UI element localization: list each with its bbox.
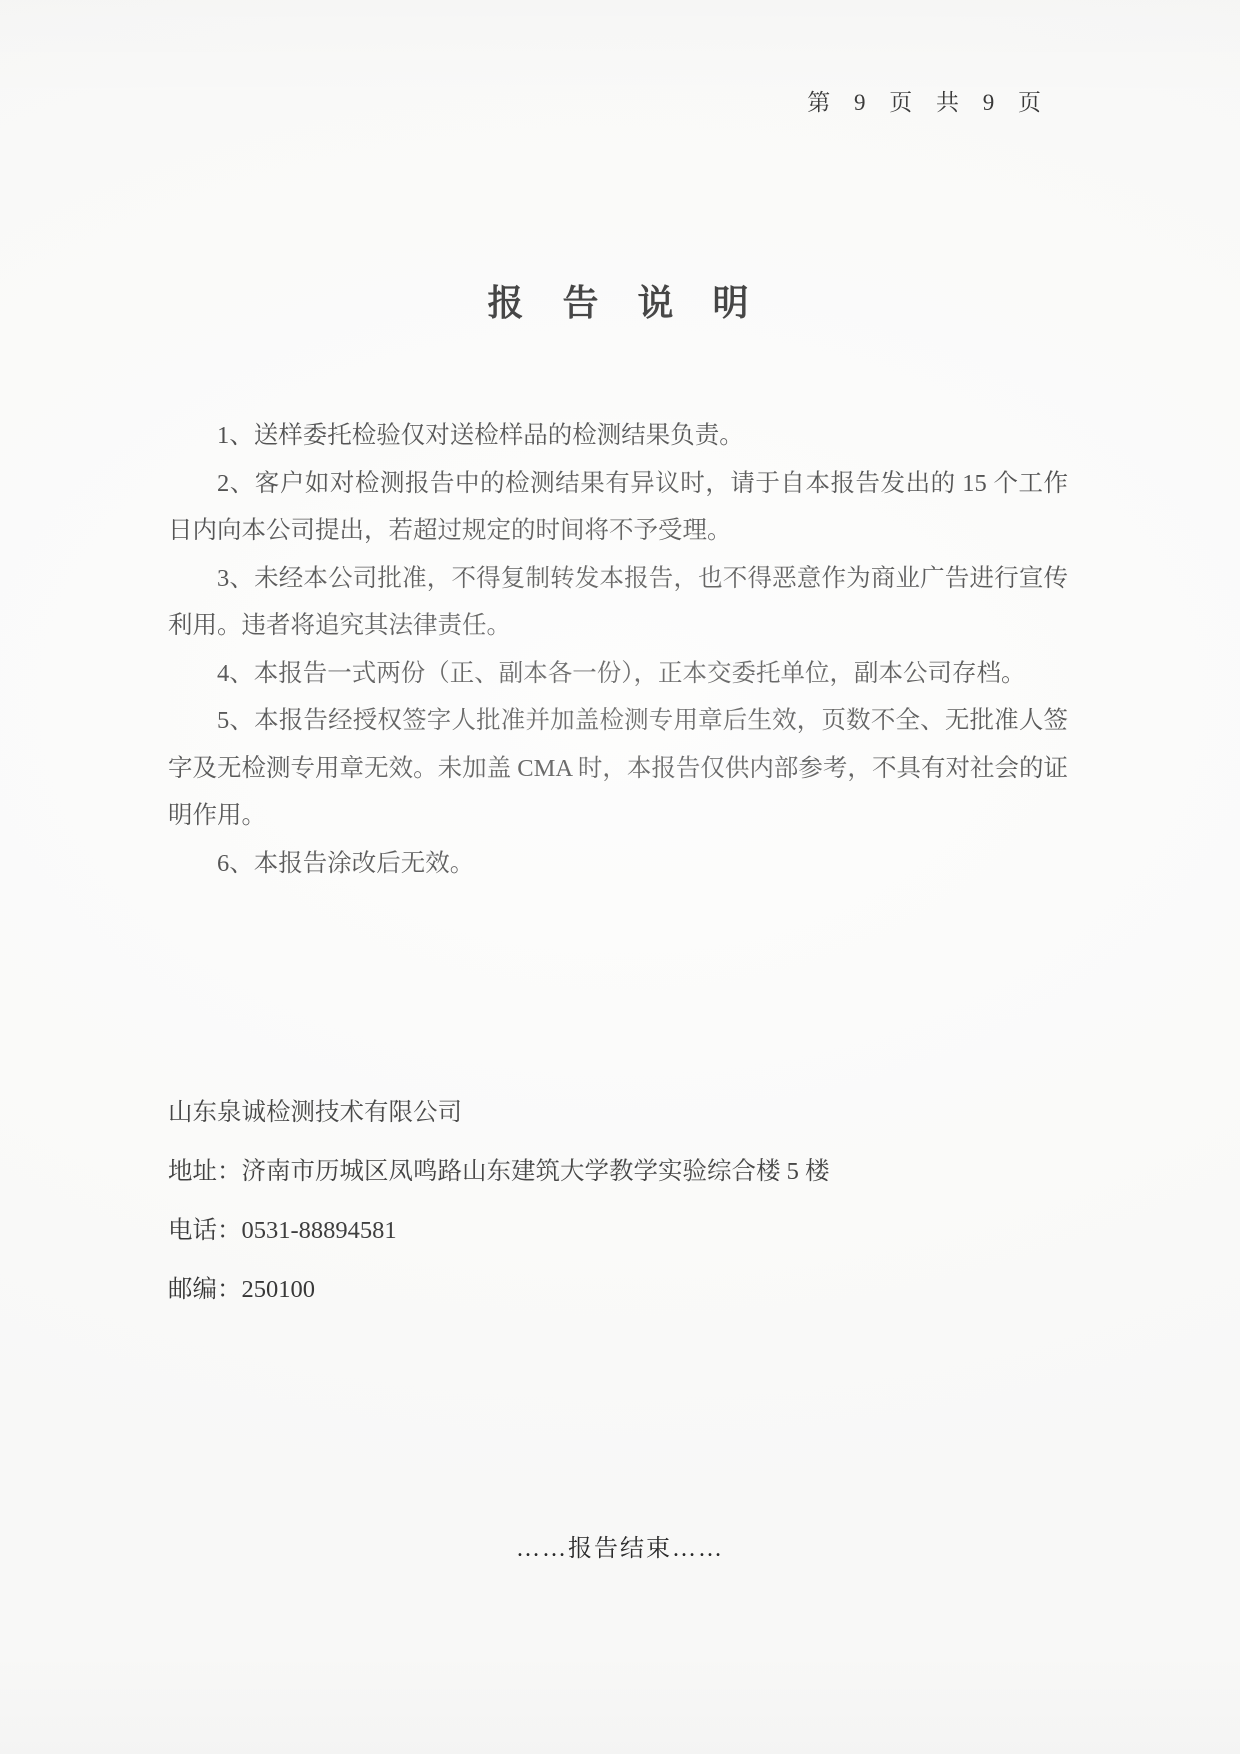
company-phone: 电话：0531-88894581 (168, 1201, 1068, 1260)
report-notes-list: 1、送样委托检验仅对送检样品的检测结果负责。 2、客户如对检测报告中的检测结果有… (168, 412, 1068, 887)
note-item-3: 3、未经本公司批准，不得复制转发本报告，也不得恶意作为商业广告进行宣传利用。违者… (168, 555, 1068, 650)
company-postal-code: 邮编：250100 (168, 1260, 1068, 1319)
report-end-marker: ……报告结束…… (0, 1528, 1240, 1563)
page-title: 报 告 说 明 (168, 275, 1068, 326)
company-name: 山东泉诚检测技术有限公司 (168, 1083, 1068, 1142)
company-address: 地址：济南市历城区凤鸣路山东建筑大学教学实验综合楼 5 楼 (168, 1142, 1068, 1201)
note-item-6: 6、本报告涂改后无效。 (168, 840, 1068, 888)
document-page: 第 9 页 共 9 页 报 告 说 明 1、送样委托检验仅对送检样品的检测结果负… (0, 0, 1240, 1754)
note-item-2: 2、客户如对检测报告中的检测结果有异议时，请于自本报告发出的 15 个工作日内向… (168, 460, 1068, 555)
note-item-5: 5、本报告经授权签字人批准并加盖检测专用章后生效，页数不全、无批准人签字及无检测… (168, 697, 1068, 840)
note-item-4: 4、本报告一式两份（正、副本各一份），正本交委托单位，副本公司存档。 (168, 650, 1068, 698)
note-item-1: 1、送样委托检验仅对送检样品的检测结果负责。 (168, 412, 1068, 460)
company-info-block: 山东泉诚检测技术有限公司 地址：济南市历城区凤鸣路山东建筑大学教学实验综合楼 5… (168, 1083, 1068, 1319)
page-number-indicator: 第 9 页 共 9 页 (168, 84, 1068, 117)
